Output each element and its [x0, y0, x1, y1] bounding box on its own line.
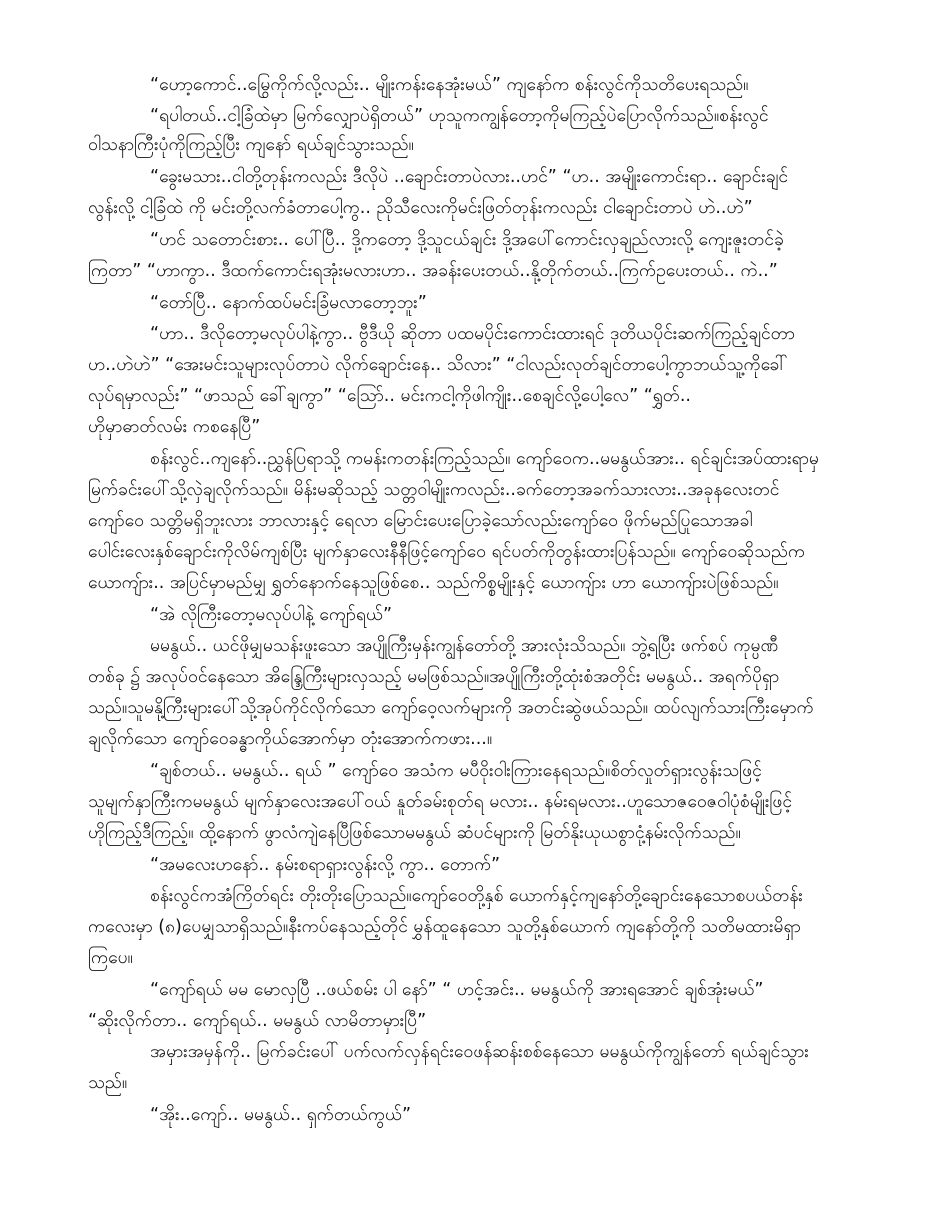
text-line: ယောကျ်ား.. အပြင်မှာမည်မျှ ရွှတ်နောက်နေသူ… — [88, 568, 840, 598]
text-line: မြက်ခင်းပေါ်သို့လှဲချလိုက်သည်။ မိန်းမဆို… — [88, 475, 840, 505]
text-line: ပေါင်းလေးနှစ်ချောင်းကိုလိမ်ကျစ်ပြီး မျက်… — [88, 537, 840, 567]
text-line: ဟိုကြည့်ဒီကြည့်။ ထို့နောက် ဖွာလံကျဲနေပြီ… — [88, 818, 840, 848]
text-line: “ခွေးမသား..ငါတို့တုန်းကလည်း ဒီလိုပဲ ..ချ… — [150, 162, 840, 192]
text-line: ဟိုမှာဓာတ်လမ်း ကစနေပြီ” — [88, 412, 840, 442]
text-line: “ရပါတယ်..ငါ့ခြံထဲမှာ မြက်လျှောပဲရှိတယ်” … — [150, 101, 840, 131]
text-line: မမနွယ်.. ယင်ဖိုမျှမသန်းဖူးသော အပျိုကြီးမ… — [150, 631, 840, 661]
text-line: တစ်ခု ၌ အလုပ်ဝင်နေသော အိန္ဒြေကြီးများလှသ… — [88, 662, 840, 692]
text-line: “အိုး..ကျော်.. မမနွယ်.. ရှက်တယ်ကွယ်” — [150, 1100, 840, 1130]
text-line: သည်။သူမနို့ကြီးများပေါ်သို့အုပ်ကိုင်လိုက… — [88, 693, 840, 723]
text-line: ဝါသနာကြီးပုံကိုကြည့်ပြီး ကျနော် ရယ်ချင်သ… — [88, 130, 840, 160]
text-line: “အမလေးဟနော်.. နမ်းစရာရှားလွန်းလို့ ကွာ..… — [150, 850, 840, 880]
text-line: ကျော်ဝေ သတ္တိမရှိဘူးလား ဘာလားနှင့် ရေလာ … — [88, 506, 840, 536]
text-line: ကြပေ။ — [88, 943, 840, 973]
text-line: “ဟာ.. ဒီလိုတော့မလုပ်ပါနဲ့ကွာ.. ဗွီဒီယို … — [150, 319, 840, 349]
text-line: “တော်ပြီ.. နောက်ထပ်မင်းခြံမလာတော့ဘူး” — [150, 288, 840, 318]
text-line: “ချစ်တယ်.. မမနွယ်.. ရယ် ” ကျော်ဝေ အသံက မ… — [150, 756, 840, 786]
text-line: “ဟင် သတောင်းစား.. ပေါ်ပြီ.. ဒို့ကတော့ ဒိ… — [150, 225, 840, 255]
text-line: “ဟော့ကောင်..မြွေကိုက်လို့လည်း.. မျိုးကန်… — [150, 70, 840, 100]
text-line: အမှားအမှန်ကို.. မြက်ခင်းပေါ် ပက်လက်လှန်ရ… — [150, 1037, 840, 1067]
text-line: ဟ..ဟဲဟဲ” “အေးမင်းသူများလုပ်တာပဲ လိုက်ချေ… — [88, 350, 840, 380]
text-line: “အဲ လိုကြီးတော့မလုပ်ပါနဲ့ ကျော်ရယ်” — [150, 600, 840, 630]
text-line: လုပ်ရမှာလည်း” “ဖာသည် ခေါ်ချကွာ” “ဩော်.. … — [88, 381, 840, 411]
text-line: စန်းလွင်..ကျနော်..ညွှန်ပြရာသို့ ကမန်းကတန… — [150, 444, 840, 474]
text-line: သည်။ — [88, 1068, 840, 1098]
text-line: “ဆိုးလိုက်တာ.. ကျော်ရယ်.. မမနွယ် လာမိတာမ… — [88, 1006, 840, 1036]
text-line: လွန်းလို့ ငါ့ခြံထဲ ကို မင်းတို့လက်ခံတာပေ… — [88, 193, 840, 223]
text-line: ကြတာ” “ဟာကွာ.. ဒီထက်ကောင်းရအုံးမလားဟာ.. … — [88, 256, 840, 286]
text-line: စန်းလွင်ကအံကြိတ်ရင်း တိုးတိုးပြောသည်။ကျေ… — [150, 881, 840, 911]
text-line: “ကျော်ရယ် မမ မောလှပြီ ..ဖယ်စမ်း ပါ နော်”… — [150, 975, 840, 1005]
document-page: “ဟော့ကောင်..မြွေကိုက်လို့လည်း.. မျိုးကန်… — [0, 0, 928, 1229]
text-line: သူမျက်နှာကြီးကမမနွယ် မျက်နှာလေးအပေါ်ဝယ် … — [88, 787, 840, 817]
text-line: ချလိုက်သော ကျော်ဝေခန္ဓာကိုယ်အောက်မှာ တုံ… — [88, 724, 840, 754]
text-line: ကလေးမှာ (၈)ပေမျှသာရှိသည်။နီးကပ်နေသည့်တို… — [88, 912, 840, 942]
